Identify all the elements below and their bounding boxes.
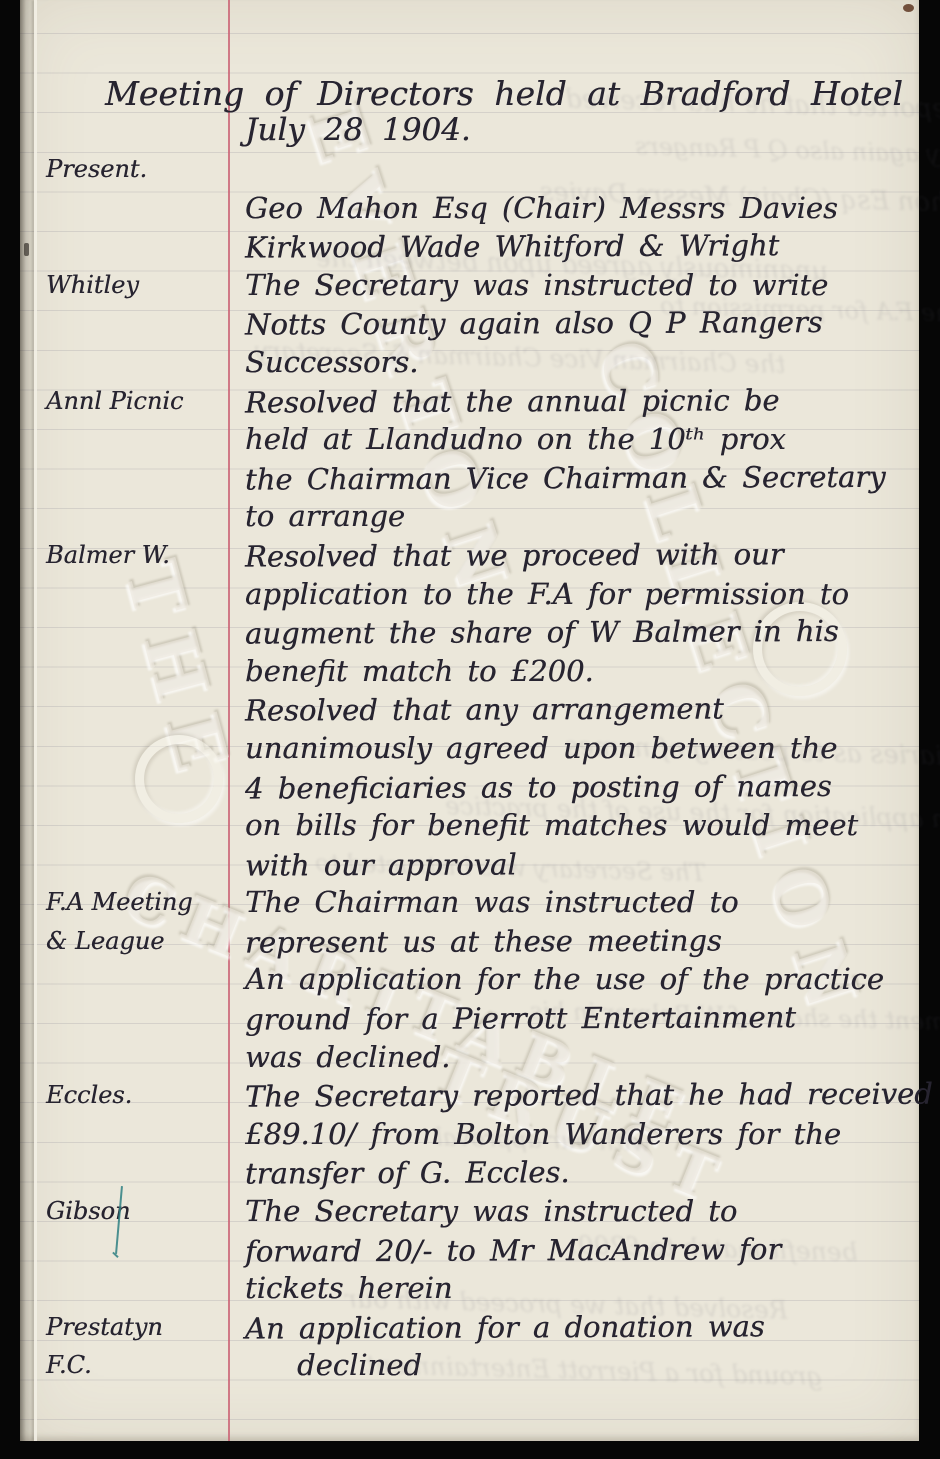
minute-text: tickets herein — [245, 1269, 915, 1308]
margin-topic: Balmer W. — [20, 536, 245, 575]
minute-row: to arrange — [20, 497, 915, 536]
minute-text: The Secretary was instructed to write — [245, 266, 915, 305]
minute-row: WhitleyThe Secretary was instructed to w… — [20, 266, 915, 305]
minute-text: 4 beneficiaries as to posting of names — [245, 766, 915, 808]
minute-row: Present. — [20, 150, 915, 189]
minute-text: Kirkwood Wade Whitford & Wright — [245, 226, 915, 268]
margin-topic: Annl Picnic — [20, 382, 245, 421]
minute-text — [245, 149, 915, 191]
foxing-spot — [903, 4, 914, 12]
margin-topic — [20, 690, 245, 729]
margin-topic: Eccles. — [20, 1076, 245, 1115]
minute-row: Eccles.The Secretary reported that he ha… — [20, 1076, 915, 1115]
minute-row: transfer of G. Eccles. — [20, 1153, 915, 1192]
minute-text: declined — [245, 1346, 915, 1385]
minute-row: Successors. — [20, 343, 915, 382]
minute-text: to arrange — [245, 497, 915, 536]
margin-topic — [20, 1231, 245, 1270]
minute-row: with our approval — [20, 845, 915, 884]
minute-row: Resolved that any arrangement — [20, 690, 915, 729]
margin-topic — [20, 1269, 245, 1308]
minute-row: Notts County again also Q P Rangers — [20, 304, 915, 343]
margin-topic: Prestatyn — [20, 1308, 245, 1347]
minute-text: the Chairman Vice Chairman & Secretary — [245, 457, 915, 499]
margin-topic — [20, 1115, 245, 1154]
minute-row: unanimously agreed upon between the — [20, 729, 915, 768]
margin-topic — [20, 845, 245, 884]
minute-row: tickets herein — [20, 1269, 915, 1308]
margin-topic — [20, 613, 245, 652]
minute-row: Balmer W.Resolved that we proceed with o… — [20, 536, 915, 575]
minute-text: Resolved that any arrangement — [245, 689, 915, 731]
margin-topic — [20, 575, 245, 614]
margin-topic: Gibson — [20, 1192, 245, 1231]
minute-row: Annl PicnicResolved that the annual picn… — [20, 382, 915, 421]
margin-topic — [20, 227, 245, 266]
margin-topic — [20, 343, 245, 382]
minute-row: 4 beneficiaries as to posting of names — [20, 768, 915, 807]
margin-topic — [20, 1038, 245, 1077]
margin-topic — [20, 729, 245, 768]
minute-row: on bills for benefit matches would meet — [20, 806, 915, 845]
minute-text: Notts County again also Q P Rangers — [245, 303, 915, 345]
paper-sheet: THE EVERTON COLLECTION CHARITABLE TRUST … — [20, 0, 919, 1441]
minute-text: The Secretary was instructed to — [245, 1192, 915, 1231]
minute-row: An application for the use of the practi… — [20, 960, 915, 999]
minute-text: The Secretary reported that he had recei… — [245, 1075, 933, 1117]
margin-topic: F.A Meeting — [20, 883, 245, 922]
minute-row: F.C.declined — [20, 1346, 915, 1385]
minute-text: augment the share of W Balmer in his — [245, 612, 915, 654]
edge-nick — [24, 243, 29, 256]
scanned-minute-page: THE EVERTON COLLECTION CHARITABLE TRUST … — [0, 0, 940, 1459]
minute-row: the Chairman Vice Chairman & Secretary — [20, 459, 915, 498]
minute-row: ground for a Pierrott Entertainment — [20, 999, 915, 1038]
minute-row: Geo Mahon Esq (Chair) Messrs Davies — [20, 189, 915, 228]
meeting-date: July 28 1904. — [245, 112, 471, 148]
minute-text: transfer of G. Eccles. — [245, 1152, 915, 1194]
minute-row: GibsonThe Secretary was instructed to — [20, 1192, 915, 1231]
minute-row: application to the F.A for permission to — [20, 575, 915, 614]
margin-topic — [20, 497, 245, 536]
minute-row: was declined. — [20, 1038, 915, 1077]
margin-topic: & League — [20, 922, 245, 961]
margin-topic — [20, 189, 245, 228]
minute-text: held at Llandudno on the 10ᵗʰ prox — [245, 420, 915, 459]
minute-text: An application for the use of the practi… — [245, 960, 915, 999]
margin-topic: Whitley — [20, 266, 245, 305]
page-title: Meeting of Directors held at Bradford Ho… — [105, 74, 903, 113]
margin-topic — [20, 304, 245, 343]
minute-row: augment the share of W Balmer in his — [20, 613, 915, 652]
margin-topic — [20, 420, 245, 459]
margin-topic — [20, 960, 245, 999]
minute-text: Geo Mahon Esq (Chair) Messrs Davies — [245, 189, 915, 228]
minute-text: £89.10/ from Bolton Wanderers for the — [245, 1115, 915, 1154]
margin-topic — [20, 999, 245, 1038]
minute-row: PrestatynAn application for a donation w… — [20, 1308, 915, 1347]
margin-topic: Present. — [20, 150, 245, 189]
minute-text: Resolved that the annual picnic be — [245, 380, 915, 422]
minute-text: The Chairman was instructed to — [245, 883, 915, 922]
minute-row: & Leaguerepresent us at these meetings — [20, 922, 915, 961]
margin-topic — [20, 806, 245, 845]
minute-row: £89.10/ from Bolton Wanderers for the — [20, 1115, 915, 1154]
margin-topic — [20, 652, 245, 691]
minute-text: with our approval — [245, 843, 915, 885]
minute-text: benefit match to £200. — [245, 652, 915, 691]
minute-text: ground for a Pierrott Entertainment — [245, 998, 915, 1040]
minute-text: represent us at these meetings — [245, 920, 915, 962]
minute-text: An application for a donation was — [245, 1306, 915, 1348]
margin-topic: F.C. — [20, 1346, 245, 1385]
minute-text: on bills for benefit matches would meet — [245, 806, 915, 845]
margin-topic — [20, 768, 245, 807]
minute-text: Resolved that we proceed with our — [245, 534, 915, 576]
minutes-rows: Present.Geo Mahon Esq (Chair) Messrs Dav… — [20, 150, 915, 1385]
minute-row: F.A MeetingThe Chairman was instructed t… — [20, 883, 915, 922]
minute-text: forward 20/- to Mr MacAndrew for — [245, 1229, 915, 1271]
minute-text: application to the F.A for permission to — [245, 575, 915, 614]
minute-row: held at Llandudno on the 10ᵗʰ prox — [20, 420, 915, 459]
minute-text: Successors. — [245, 343, 915, 382]
minute-text: unanimously agreed upon between the — [245, 729, 915, 768]
margin-topic — [20, 1153, 245, 1192]
minute-row: Kirkwood Wade Whitford & Wright — [20, 227, 915, 266]
minute-row: forward 20/- to Mr MacAndrew for — [20, 1231, 915, 1270]
margin-topic — [20, 459, 245, 498]
minute-text: was declined. — [245, 1038, 915, 1077]
minute-row: benefit match to £200. — [20, 652, 915, 691]
